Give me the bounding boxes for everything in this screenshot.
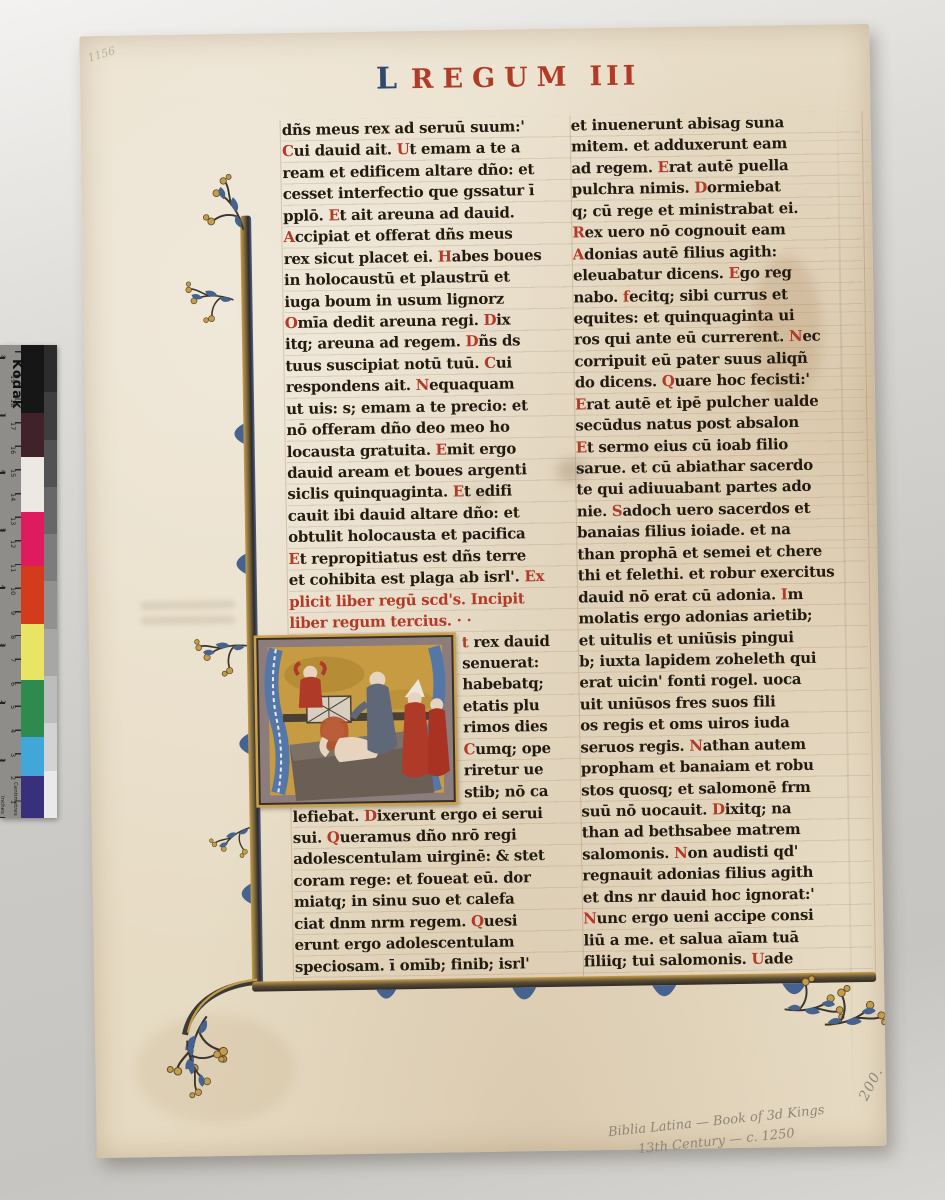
inch-number: 7 bbox=[0, 413, 6, 417]
text-line: rimos dies bbox=[463, 716, 580, 739]
cm-number: 14 bbox=[10, 493, 16, 501]
text-line: riretur ue bbox=[464, 759, 581, 782]
cm-number: 8 bbox=[10, 635, 16, 639]
gray-step bbox=[44, 676, 57, 723]
text-line: cesset interfectio que gssatur ī bbox=[283, 180, 572, 206]
gray-step bbox=[44, 629, 57, 676]
text-line: t rex dauid bbox=[462, 630, 579, 653]
gray-step bbox=[44, 440, 57, 487]
text-line: et cohibita est plaga ab isrl'. Ex bbox=[289, 566, 578, 592]
text-line: adolescentulam uirginē: & stet bbox=[293, 845, 582, 871]
cm-number: 17 bbox=[10, 422, 16, 430]
left-text-column: dñs meus rex ad seruū suum:'Cui dauid ai… bbox=[282, 116, 585, 982]
cm-number: 9 bbox=[10, 611, 16, 615]
cm-number: 3 bbox=[10, 753, 16, 757]
inches-label: Inches bbox=[0, 796, 5, 814]
gray-step bbox=[44, 534, 57, 581]
text-line: speciosam. ī omīb; finib; isrl' bbox=[295, 952, 584, 978]
gray-step bbox=[44, 392, 57, 439]
inch-number: 1 bbox=[0, 758, 6, 762]
running-title: L REGUM III bbox=[376, 57, 677, 97]
gray-step bbox=[44, 581, 57, 628]
cm-number: 10 bbox=[10, 587, 16, 595]
cm-number: 18 bbox=[10, 399, 16, 407]
cm-number: 13 bbox=[10, 517, 16, 525]
inch-number: 3 bbox=[0, 643, 6, 647]
inch-number: 4 bbox=[0, 585, 6, 589]
left-column-lower-text: lefiebat. Dixerunt ergo ei seruisui. Que… bbox=[292, 802, 584, 978]
color-patch bbox=[21, 680, 44, 737]
kodak-color-patches bbox=[21, 345, 44, 818]
inch-number: 8 bbox=[0, 355, 6, 359]
cm-number: 19 bbox=[10, 375, 16, 383]
manuscript-page: L REGUM III dñs meus rex ad seruū suum:'… bbox=[79, 24, 887, 1158]
cm-number: 15 bbox=[10, 469, 16, 477]
cm-number: 2 bbox=[10, 776, 16, 780]
kodak-ruler: Kodak Inches Centimetres 191817161514131… bbox=[0, 345, 21, 818]
inch-number: 6 bbox=[0, 470, 6, 474]
text-line: ros qui ante eū currerent. Nec bbox=[574, 325, 863, 351]
running-title-numeral: III bbox=[589, 60, 639, 92]
cm-number: 5 bbox=[10, 705, 16, 709]
inch-number: 5 bbox=[0, 528, 6, 532]
cm-number: 16 bbox=[10, 446, 16, 454]
text-line: filiiq; tui salomonis. Uade bbox=[584, 947, 873, 973]
text-line: Cumq; ope bbox=[463, 737, 580, 760]
historiated-initial-miniature bbox=[254, 632, 459, 807]
erased-marginal-note bbox=[140, 594, 236, 643]
cm-number: 6 bbox=[10, 682, 16, 686]
text-line: thi et felethi. et robur exercitus bbox=[578, 561, 867, 587]
text-line: stib; nō ca bbox=[464, 780, 581, 803]
color-patch bbox=[21, 624, 44, 680]
cm-number: 7 bbox=[10, 658, 16, 662]
color-patch bbox=[21, 457, 44, 512]
cm-number: 4 bbox=[10, 729, 16, 733]
left-column-narrow-text: t rex dauidsenuerat:habebatq;etatis plur… bbox=[462, 630, 582, 803]
color-patch bbox=[21, 413, 44, 457]
gray-step bbox=[44, 723, 57, 770]
color-patch bbox=[21, 566, 44, 624]
color-patch bbox=[21, 345, 44, 413]
cm-number: 11 bbox=[10, 564, 16, 572]
kodak-grayscale-wedge bbox=[44, 345, 57, 818]
color-patch bbox=[21, 737, 44, 776]
running-title-prefix: L bbox=[376, 61, 398, 96]
pencil-corner-number: 1156 bbox=[86, 44, 117, 65]
color-patch bbox=[21, 776, 44, 818]
color-patch bbox=[21, 512, 44, 566]
cm-number: 12 bbox=[10, 540, 16, 548]
gray-step bbox=[44, 345, 57, 392]
left-column-upper-text: dñs meus rex ad seruū suum:'Cui dauid ai… bbox=[282, 116, 579, 635]
running-title-book: REGUM bbox=[411, 61, 576, 95]
parchment-stain bbox=[135, 1013, 297, 1125]
inch-number: 2 bbox=[0, 700, 6, 704]
text-line: habebatq; bbox=[462, 673, 579, 696]
text-line: senuerat: bbox=[462, 651, 579, 674]
kodak-color-scale: Kodak Inches Centimetres 191817161514131… bbox=[0, 345, 57, 818]
text-line: etatis plu bbox=[463, 694, 580, 717]
pencil-inscription: Biblia Latina — Book of 3d Kings 13th Ce… bbox=[607, 1092, 910, 1163]
cm-number: 1 bbox=[10, 800, 16, 804]
gray-step bbox=[44, 771, 57, 818]
right-text-column: et inuenerunt abisag sunamitem. et addux… bbox=[571, 111, 874, 977]
gray-step bbox=[44, 487, 57, 534]
